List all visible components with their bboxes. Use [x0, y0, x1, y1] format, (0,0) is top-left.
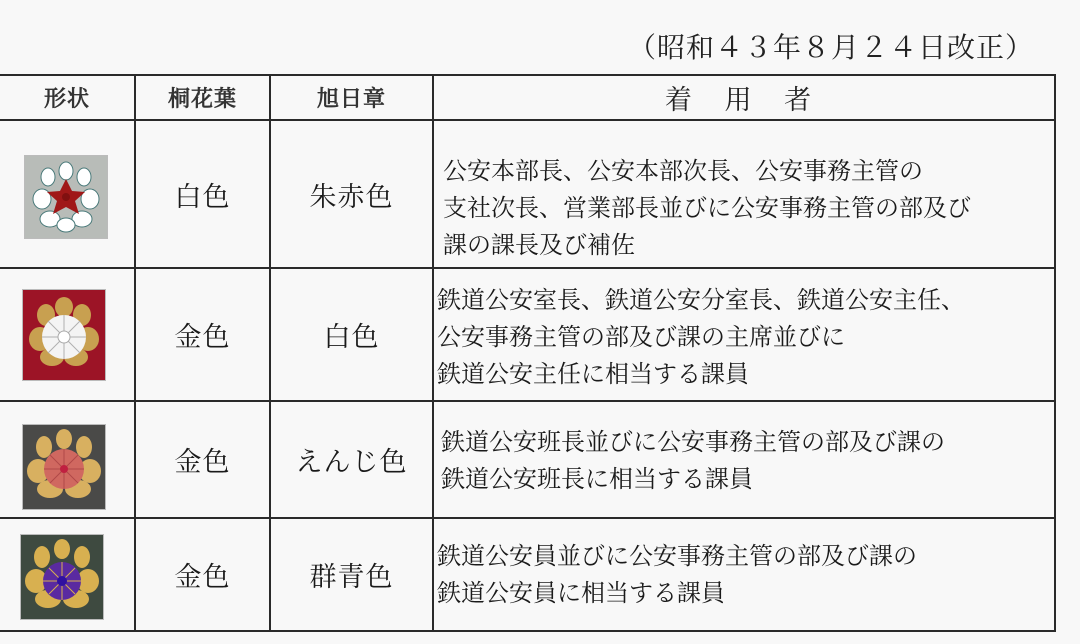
sun-color-row-1: 朱赤色: [271, 121, 432, 267]
badge-image-row-3: [22, 424, 106, 510]
wearer-line: 鉄道公安主任に相当する課員: [437, 356, 965, 393]
wearers-row-4: 鉄道公安員並びに公安事務主管の部及び課の 鉄道公安員に相当する課員: [437, 538, 917, 612]
revision-date-caption: （昭和４３年８月２４日改正）: [628, 28, 1034, 68]
table-bottom-border: [0, 630, 1056, 632]
wearer-line: 鉄道公安班長に相当する課員: [441, 461, 945, 498]
wearer-line: 支社次長、営業部長並びに公安事務主管の部及び: [443, 190, 971, 227]
badge-gold-leaves-white-sun-icon: [24, 293, 104, 377]
badge-gold-leaves-crimson-sun-icon: [24, 427, 104, 507]
badge-image-row-4: [20, 534, 104, 620]
badge-gold-leaves-ultramarine-sun-icon: [22, 537, 102, 617]
badge-image-row-1: [24, 155, 108, 239]
wearer-line: 鉄道公安員並びに公安事務主管の部及び課の: [437, 538, 917, 575]
badge-image-row-2: [22, 289, 106, 381]
paulownia-color-row-1: 白色: [136, 121, 269, 267]
wearers-row-3: 鉄道公安班長並びに公安事務主管の部及び課の 鉄道公安班長に相当する課員: [441, 424, 945, 498]
wearers-row-2: 鉄道公安室長、鉄道公安分室長、鉄道公安主任、 公安事務主管の部及び課の主席並びに…: [437, 282, 965, 393]
table-right-border: [1054, 74, 1056, 632]
wearers-row-1: 公安本部長、公安本部次長、公安事務主管の 支社次長、営業部長並びに公安事務主管の…: [443, 153, 971, 264]
badge-white-leaves-red-sun-icon: [28, 159, 104, 235]
paulownia-color-row-4: 金色: [136, 519, 269, 630]
wearer-line: 鉄道公安班長並びに公安事務主管の部及び課の: [441, 424, 945, 461]
header-wearers: 着 用 者: [434, 76, 1054, 119]
paulownia-color-row-3: 金色: [136, 402, 269, 517]
sun-color-row-3: えんじ色: [271, 402, 432, 517]
sun-color-row-2: 白色: [271, 269, 432, 400]
wearer-line: 公安本部長、公安本部次長、公安事務主管の: [443, 153, 971, 190]
column-divider: [432, 74, 434, 632]
sun-color-row-4: 群青色: [271, 519, 432, 630]
wearer-line: 鉄道公安員に相当する課員: [437, 575, 917, 612]
header-shape: 形状: [0, 76, 134, 119]
wearer-line: 課の課長及び補佐: [443, 227, 971, 264]
paulownia-color-row-2: 金色: [136, 269, 269, 400]
header-paulownia-leaves: 桐花葉: [136, 76, 269, 119]
wearer-line: 公安事務主管の部及び課の主席並びに: [437, 319, 965, 356]
header-rising-sun: 旭日章: [271, 76, 432, 119]
wearer-line: 鉄道公安室長、鉄道公安分室長、鉄道公安主任、: [437, 282, 965, 319]
